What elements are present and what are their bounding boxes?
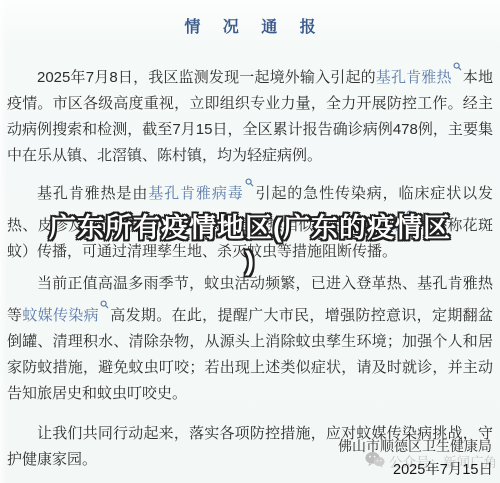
- entity-link[interactable]: 蚊媒传染病: [22, 307, 99, 324]
- report-title: 情 况 通 报: [7, 14, 493, 37]
- entity-link[interactable]: 基孔肯雅病毒: [148, 185, 243, 202]
- paragraph-text: 2025年7月8日，我区监测发现一起境外输入引起的: [37, 69, 376, 86]
- caption-line-1: 广东所有疫情地区(广东的疫情区: [0, 212, 500, 245]
- report-date: 2025年7月15日: [393, 458, 493, 479]
- video-caption-overlay: 广东所有疫情地区(广东的疫情区 ): [0, 212, 500, 278]
- report-paragraph-1: 2025年7月8日，我区监测发现一起境外输入引起的基孔肯雅热本地疫情。市区各级高…: [7, 59, 493, 169]
- signature: 佛山市顺德区卫生健康局: [338, 436, 492, 456]
- paragraph-text: 基孔肯雅热是由: [37, 185, 148, 202]
- caption-line-2: ): [0, 245, 500, 278]
- search-icon[interactable]: [245, 181, 254, 195]
- entity-link[interactable]: 基孔肯雅热: [376, 69, 452, 86]
- search-icon[interactable]: [453, 65, 462, 79]
- report-paragraph-3: 当前正值高温多雨季节，蚊虫活动频繁，已进入登革热、基孔肯雅热等蚊媒传染病高发期。…: [7, 271, 493, 407]
- notice-page: 情 况 通 报 2025年7月8日，我区监测发现一起境外输入引起的基孔肯雅热本地…: [0, 0, 500, 483]
- search-icon[interactable]: [100, 303, 109, 317]
